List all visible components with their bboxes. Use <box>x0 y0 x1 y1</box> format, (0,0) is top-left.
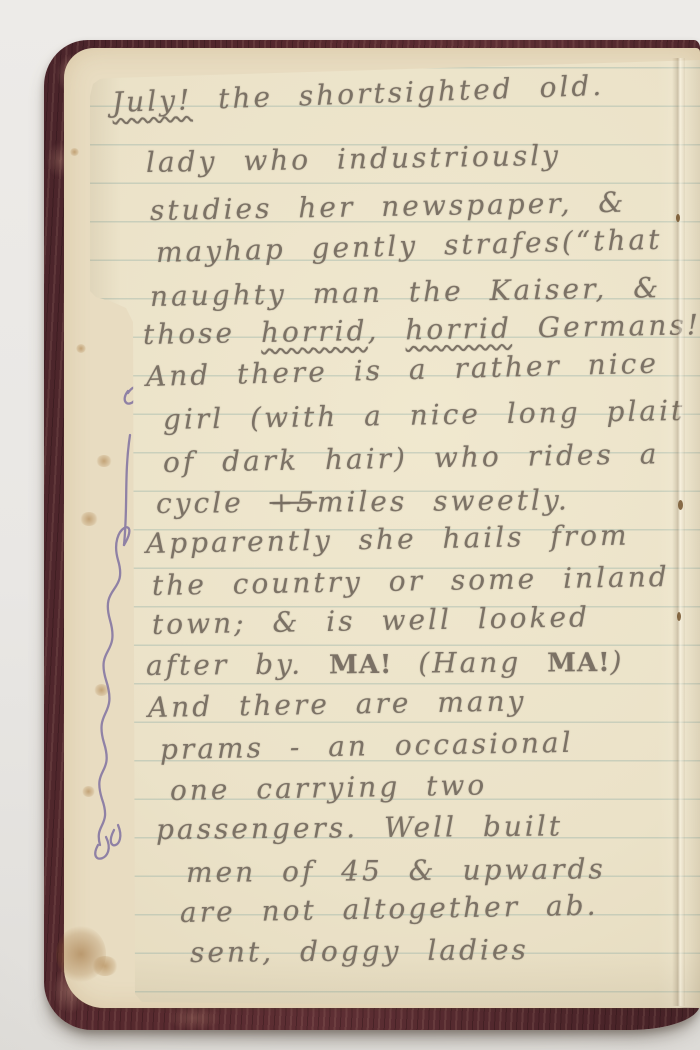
paper-nick <box>676 214 680 222</box>
notebook-page <box>90 56 700 1008</box>
foxing-stain <box>76 344 86 353</box>
foxing-stain <box>92 956 118 976</box>
paper-nick <box>678 500 683 510</box>
foxing-stain <box>70 148 79 156</box>
photo-of-notebook: July! the shortsighted old.lady who indu… <box>0 0 700 1050</box>
page-shading <box>90 56 700 1008</box>
paper-nick <box>677 612 681 621</box>
